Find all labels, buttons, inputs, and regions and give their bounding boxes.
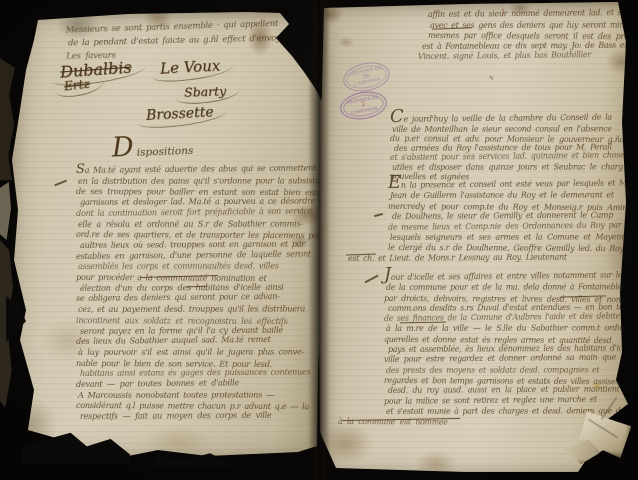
manuscript-line: à luy pourvoir s'il est ainsi qu'il le j…	[78, 346, 326, 357]
manuscript-line: ville pour estre regardez et donner ordo…	[384, 353, 628, 366]
manuscript-line: assemblés les corps et communaultés desd…	[78, 261, 326, 272]
ink-separator-mark: ∿	[487, 74, 494, 83]
stamp-text-top: ARCHIVES DE	[349, 66, 382, 77]
signature-le-voux: Le Voux	[160, 56, 221, 77]
stamp-number: 2	[361, 102, 365, 109]
manuscript-line: A Marcoussis nonobstant toutes protestat…	[78, 389, 326, 400]
margin-mark	[374, 213, 383, 217]
manuscript-line: et s'abstient pour ses services lad. qui…	[390, 151, 626, 163]
manuscript-line: Vincent. signé Louis, et plus bas Bouthi…	[418, 50, 630, 63]
manuscript-line: à la m.re de la ville — le S.lle du Saba…	[386, 324, 630, 335]
header-note: Messieurs se sont partis ensemble · qui …	[66, 20, 305, 64]
margin-mark	[365, 275, 379, 283]
archive-stamp: ARCHIVES DE 2 L'AVEYRON	[338, 88, 389, 123]
signature-brossette: Brossette	[146, 104, 214, 124]
right-page-paragraph-4: Jour d'icelle et ses affaires et entre v…	[384, 270, 628, 427]
manuscript-line: des lieux du Sabathier auquel sad. Ma.té…	[76, 334, 324, 347]
manuscript-line: se obligera des deniers qui seront pour …	[76, 291, 324, 304]
right-page: 1 affin est et du sieur nommé demeurent …	[316, 2, 638, 478]
manuscript-line: respectifs — fait au moyen des corps de …	[80, 410, 326, 422]
manuscript-line: de la commune pour et de la ma. dela don…	[386, 283, 630, 294]
left-page-body-text: Sa Ma.té ayant esté aduertie des abus qu…	[76, 165, 324, 422]
manuscript-line: utiles et disposer dans quinze jours et …	[392, 162, 628, 172]
margin-mark	[54, 180, 67, 186]
right-page-paragraph-1: affin est et du sieur nommé demeurent la…	[428, 10, 630, 63]
section-heading: Dispositions	[112, 135, 263, 161]
manuscript-line: des prests des moyens et soldatz desd. c…	[386, 365, 630, 376]
manuscript-line: establies en garnison, d'une personne de…	[76, 248, 324, 261]
manuscript-line: ville de Monteilhan le sieur second cons…	[392, 124, 628, 134]
right-page-paragraph-2: Ce jourd'huy la veille de la chambre du …	[390, 112, 626, 182]
manuscript-line: cez, et au payement desd. trouppes qu'il…	[78, 303, 326, 314]
manuscript-line: avec et ses gens des deniers que luy ser…	[430, 20, 632, 31]
manuscript-line: dont la continuation seroit fort préjudi…	[76, 205, 324, 218]
manuscript-line: pour la milice se sont retirez et reglez…	[384, 394, 628, 407]
manuscript-line: lesquels seigneurs et ses armes et la Co…	[390, 232, 630, 243]
manuscript-line: elle a résolu et ordonné au S.r de Sabat…	[78, 218, 326, 229]
manuscript-line: Jour d'icelle et ses affaires et entre v…	[384, 267, 628, 283]
manuscript-line: Jean de Guillerm l'assistance du Roy et …	[390, 191, 630, 202]
stamp-text-bottom: L'AVEYRON	[354, 77, 381, 87]
stamp-text-bottom: L'AVEYRON	[351, 106, 379, 115]
manuscript-scan: Messieurs se sont partis ensemble · qui …	[0, 0, 638, 480]
signature-sbarty: Sbarty	[184, 83, 227, 99]
torn-paper-debris	[0, 182, 11, 240]
left-page: Messieurs se sont partis ensemble · qui …	[8, 10, 326, 462]
manuscript-line: de mesme lieux et Comp.nie des Ordonnanc…	[388, 220, 628, 233]
manuscript-line: devant — par toutes bonnes et d'abille	[76, 376, 324, 389]
manuscript-line: Ce jourd'huy la veille de la chambre du …	[390, 110, 626, 125]
signature-scrawl: Ertz	[63, 77, 90, 94]
manuscript-line: est ch. et Lieut. de Mons.r Lessnay au R…	[348, 252, 632, 264]
manuscript-line: en la distribution des pains qu'il s'ord…	[78, 175, 326, 186]
manuscript-line: affin est et du sieur nommé demeurent la…	[428, 8, 630, 21]
stamp-number: 26	[363, 73, 371, 81]
stamp-text-top: ARCHIVES DE	[346, 95, 379, 105]
right-page-paragraph-3: En la presence et conseil ont esté veus …	[388, 178, 628, 264]
archive-stamp: ARCHIVES DE 26 L'AVEYRON	[341, 58, 393, 95]
manuscript-line: En la presence et conseil ont esté veus …	[388, 175, 628, 191]
manuscript-line: Sa Ma.té ayant esté aduertie des abus qu…	[76, 162, 324, 175]
